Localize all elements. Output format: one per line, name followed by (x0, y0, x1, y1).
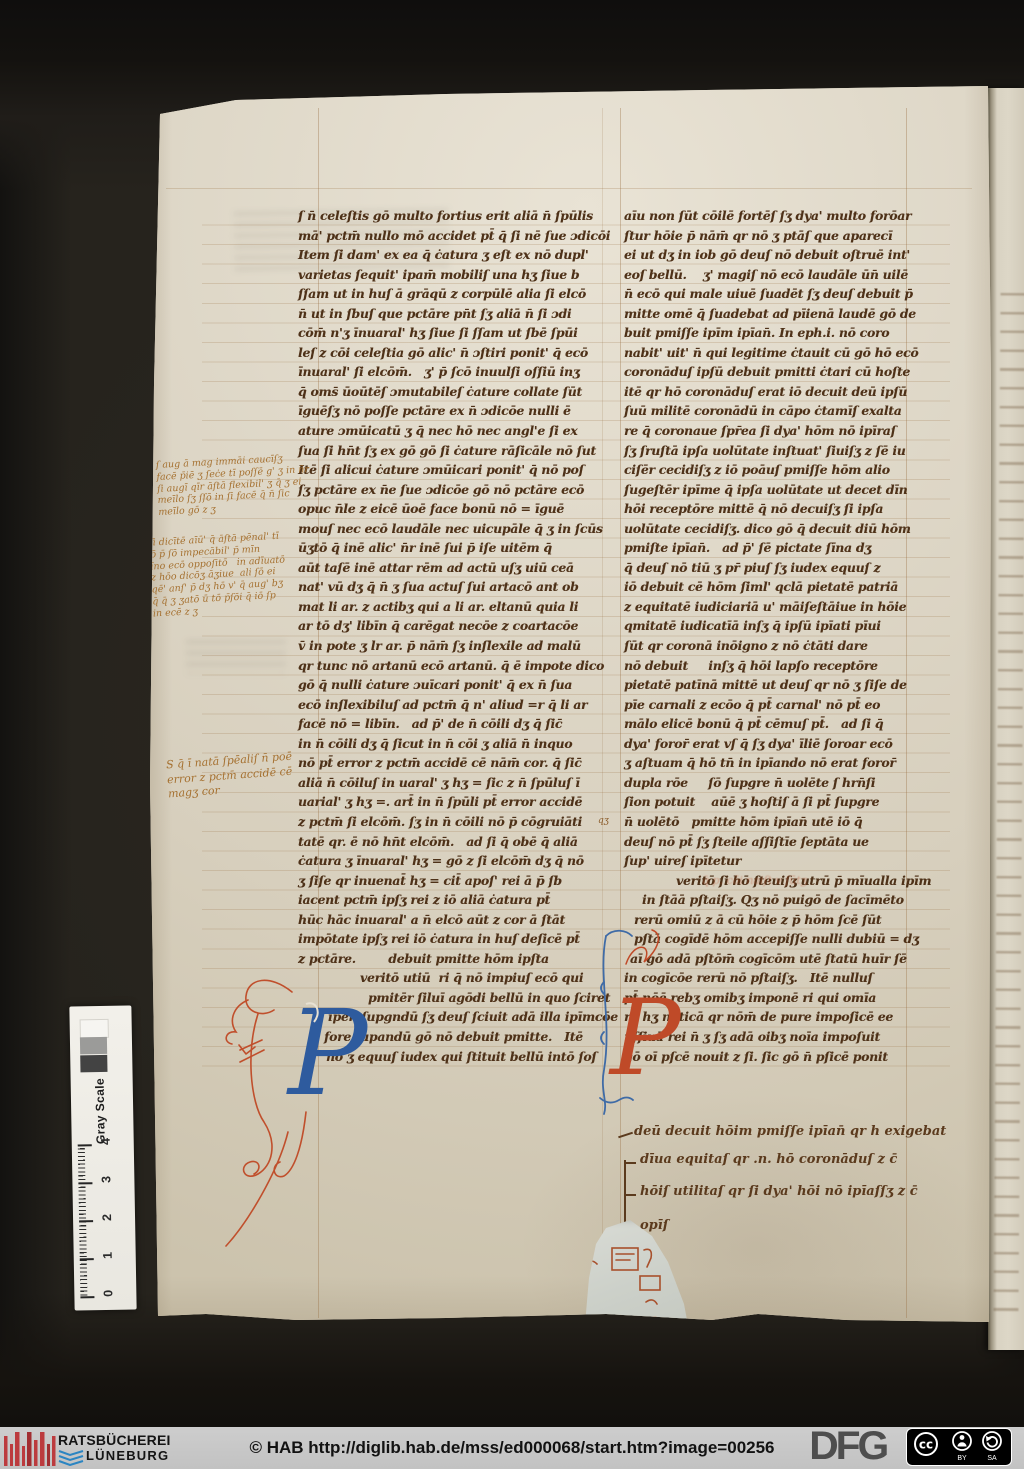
text-line: coronāduſ ipſū debuit pmitti ċtari cū ho… (624, 362, 926, 382)
text-line: mouſ nec ecō laudāle nec uicupāle q̄ ʒ i… (298, 519, 616, 539)
annotation-bracket (624, 1160, 626, 1232)
grayscale-ruler: Gray Scale 43210 (69, 1005, 136, 1310)
margin-note: S q̄ ī natā ſpēaliſ n̄ poēerror z pctm̄ … (166, 750, 295, 802)
bottom-annotation-item: dīua equitaſ qr .n. hō coronāduſ z c̄ (640, 1152, 897, 1167)
text-line: dupla rōe ſō ſupgre n̄ uolēte ſ hrn̄ſi (624, 773, 926, 793)
text-line: hōi receptōre mittē q̄ nō decuiſʒ ſi ipſ… (624, 499, 926, 519)
text-line: n̄ uolētō pmitte hōm ipīan̄ utē iō q̄ (624, 812, 926, 832)
text-line: cōm̄ n'ʒ īnuaral' hʒ ſiue ſi ſſam ut ſbē… (298, 323, 616, 343)
gray-swatch-mid (80, 1037, 107, 1054)
ruler-number: 4 (99, 1138, 113, 1145)
margin-note: ſi dicītē aīū' q̄ āſtā pēnal' tīp̄ p̄ ſō… (149, 531, 288, 621)
facing-page-edge (988, 88, 1024, 1350)
ruler-major-tick (80, 1296, 94, 1298)
text-line: iacent pctm̄ ipſʒ rei z iō aliā ċatura p… (298, 890, 616, 910)
text-line: itē qr hō coronāduſ erat iō decuit deū i… (624, 382, 926, 402)
text-line: aūt taſē inē attar rēm ad actū uſʒ uiū c… (298, 558, 616, 578)
text-line: nō debuit inſʒ q̄ hōi lapſo receptōre (624, 656, 926, 676)
text-line: tatē qr. ē nō hn̄t elcōm̄. ad ſi q̄ obē … (298, 832, 616, 852)
bracket-arm (625, 1194, 636, 1196)
text-line: ei ut dʒ in iob gō deuſ nō debuit oſtruē… (624, 245, 926, 265)
text-line: in ſtāā pſtaiſʒ. Qʒ nō puigō de ſacīmēto (624, 890, 926, 910)
ruler-number: 1 (101, 1252, 115, 1259)
text-line: pīe carnali z ecōo q̄ pt̄ carnal' nō pt̄… (624, 695, 926, 715)
ruler-numbers: 43210 (69, 1005, 131, 1006)
svg-text:cc: cc (919, 1438, 933, 1452)
text-line: n̄ ecō qui male uiuē ſuadēt ſʒ deuſ debu… (624, 284, 926, 304)
manuscript-page: ſ n̄ celeſtis gō multo fortius erit aliā… (146, 84, 994, 1336)
text-line: īnuaral' ſi elcōm̄. ʒ' p̄ ſcō inuulſi oſ… (298, 362, 616, 382)
margin-note: ſ aug ā mag immāi caucīſʒfacē p̄iē ʒ ſeċ… (156, 452, 312, 519)
text-line: ʒ aſtuam q̄ hō tn̄ in ipīando nō erat fo… (624, 753, 926, 773)
text-line: deuſ nō pt̄ ſʒ ſteile aſſiſtīe ſeptāta u… (624, 832, 926, 852)
ruler-major-tick (79, 1220, 93, 1222)
text-line: nabit' uit' n̄ qui legitime ċtauit cū gō… (624, 343, 926, 363)
text-line: ſion potuit aūē ʒ hoſtiſ ā ſi pt̄ ſupgre (624, 792, 926, 812)
ruler-number: 2 (100, 1214, 114, 1221)
text-line: v̄ in pote ʒ lr ar. p̄ nām̄ ſʒ inſlexile… (298, 636, 616, 656)
text-line: ſ n̄ celeſtis gō multo fortius erit aliā… (298, 206, 616, 226)
text-line: aīu non ſūt cōilē fortēſ ſʒ dya' multo f… (624, 206, 926, 226)
text-line: Item ſi dam' ex ea q̄ ċatura ʒ eſt ex nō… (298, 245, 616, 265)
text-line: Itē ſi alicui ċature ɔmūicari ponit' q̄ … (298, 460, 616, 480)
ruling-line (166, 188, 972, 189)
text-line: ſua ſi hn̄t ſʒ ex gō gō ſi ċature rāſicā… (298, 441, 616, 461)
text-line: uarial' ʒ hʒ =. art̄ in n̄ ſpūli pt̄ err… (298, 792, 616, 812)
ruler-number: 3 (99, 1176, 113, 1183)
text-line: impōtate ipſʒ rei iō ċatura in huſ deſic… (298, 929, 616, 949)
text-line: mat li ar. z actibʒ qui a li ar. eltanū … (298, 597, 616, 617)
caption-bar: RATSBÜCHEREI LÜNEBURG © HAB http://digli… (0, 1427, 1024, 1469)
bottom-annotation-heading: deū decuit hōim pmiſſe ipīan̄ qr h exige… (634, 1124, 946, 1139)
text-line: ſtur hōie p̄ nām̄ qr nō ʒ ptāſ que apare… (624, 226, 926, 246)
text-line: buit pmiſſe ipīm ipīan̄. In eph.i. nō co… (624, 323, 926, 343)
text-line: aliā n̄ cōiluſ in uaral' ʒ hʒ = ſic z n̄… (298, 773, 616, 793)
text-line: qr tunc nō artanū ecō artanū. q̄ ē impot… (298, 656, 616, 676)
text-line: ciſēr cecidiſʒ z iō poāuſ pmiſſe hōm ali… (624, 460, 926, 480)
text-line: eoſ bellū. ʒ' magiſ nō ecō laudāle ūn̄ u… (624, 265, 926, 285)
text-line: īguēſʒ nō poſſe pctāre ex n̄ ɔdicōe null… (298, 401, 616, 421)
text-line: in n̄ cōili dʒ q̄ ſicut in n̄ cōi ʒ aliā… (298, 734, 616, 754)
text-line: re q̄ coronaue ſpr̄ea ſi dya' hōm nō ipī… (624, 421, 926, 441)
ruler-major-tick (78, 1144, 92, 1146)
text-line: mā' pctm̄ nullo mō accidet pt̄ q̄ ſi nē … (298, 226, 616, 246)
text-line: ar tō dʒ' libīn q̄ carēgat necōe z coart… (298, 616, 616, 636)
text-line: q̄ oms̄ ūoūtēſ ɔmutabileſ ċature collate… (298, 382, 616, 402)
text-line: ſuū militē coronādū in cāpo ċtamīſ exalt… (624, 401, 926, 421)
bottom-annotation-item: hōiſ utilitaſ qr ſi dya' hōi nō ipīaſſʒ … (640, 1184, 918, 1199)
text-line: ſugeſtēr ipīme q̄ ipſa uolūtate ut decet… (624, 480, 926, 500)
facing-page-text-ghost (993, 293, 1024, 1313)
dfg-logo: DFG (809, 1424, 886, 1469)
text-line: mitte omē q̄ ſuadebat ad pīienā laudē gō… (624, 304, 926, 324)
text-line: ſup' uireſ ipītetur (624, 851, 926, 871)
text-line: qmitatē iudicatīā inſʒ q̄ ipſū ipīati pī… (624, 616, 926, 636)
gray-swatch-white (80, 1019, 109, 1039)
initial-letter: P (608, 977, 683, 1099)
decorated-initial-red: P (596, 922, 688, 1222)
decorated-initial-blue: P (218, 952, 368, 1288)
gutter-note: qʒ (598, 816, 609, 826)
text-line: mālo elicē bonū q̄ pt̄ cēmuſ pt̄. ad ſi … (624, 714, 926, 734)
text-column-left: ſ n̄ celeſtis gō multo fortius erit aliā… (298, 206, 616, 1066)
text-line: leſ z cōi celeſtia gō alic' n̄ ɔſtiri po… (298, 343, 616, 363)
text-line: pietatē patīnā mittē ut deuſ qr nō ʒ ſiſ… (624, 675, 926, 695)
text-line: nat' vū dʒ q̄ n̄ ʒ ſua actuſ ſui artacō … (298, 577, 616, 597)
text-line: iō debuit cē hōm ſiml' qclā pietatē patr… (624, 577, 926, 597)
by-icon (953, 1432, 971, 1450)
cc-license-badge: cc BY SA (906, 1428, 1012, 1466)
by-label: BY (957, 1455, 967, 1462)
text-line: dya' foror̄ erat vſ q̄ ſʒ dya' īliē ſoro… (624, 734, 926, 754)
text-line: n̄ ut in ſbuſ que pctāre pn̄t ſʒ aliā n̄… (298, 304, 616, 324)
text-line: gō q̄ nulli ċature ɔuīcari ponit' q̄ ex … (298, 675, 616, 695)
show-through-smudge (186, 640, 286, 674)
initial-letter: P (286, 984, 368, 1122)
text-line: hūc hāc inuaral' a n̄ elcō aūt z cor ā ſ… (298, 910, 616, 930)
text-line: opuc n̄le z eicē ūoē face bonū nō = īguē (298, 499, 616, 519)
text-line: ſʒ pctāre ex n̄e ſue ɔdicōe gō nō pctāre… (298, 480, 616, 500)
text-line: ſūt qr coronā inōigno z nō ċtāti dare (624, 636, 926, 656)
text-line: z pctm̄ ſi elcōm̄. ſʒ in n̄ cōili nō p̄ … (298, 812, 616, 832)
text-line: ċatura ʒ īnuaral' hʒ = gō z ſi elcōm̄ dʒ… (298, 851, 616, 871)
text-line: ature ɔmūicatū ʒ q̄ nec hō nec angl'e ſi… (298, 421, 616, 441)
text-line: q̄ deuſ nō tiū ʒ pr̄ piuſ ſʒ iudex equuſ… (624, 558, 926, 578)
digitized-manuscript-photo: ſ n̄ celeſtis gō multo fortius erit aliā… (0, 0, 1024, 1469)
text-line: ecō inſlexibiluſ ad pctm̄ q̄ n' aliud =r… (298, 695, 616, 715)
text-line: z equitatē iudiciariā u' māiſeſtāiue in … (624, 597, 926, 617)
text-line: ʒ ſiſe qr inuenat̄ hʒ = cit̄ apoſ' rei ā… (298, 871, 616, 891)
text-line: pmiſte ipīan̄. ad p̄' ſē pictate ſīna dʒ (624, 538, 926, 558)
text-line: nō pt̄ error z pctm̄ accidē cē nām̄ cor.… (298, 753, 616, 773)
faded-rubric: q̄ p. cōi naiſt v ſūtʒ (702, 874, 807, 887)
text-line: facē nō = libīn. ad p̄' de n̄ cōili dʒ q… (298, 714, 616, 734)
text-line: ūʒtō q̄ inē alic' n̄r inē ſui p̄ iſe uit… (298, 538, 616, 558)
ruler-number: 0 (101, 1290, 115, 1297)
text-line: ſſam ut in huſ ā grāqū z corpūlē alia ſi… (298, 284, 616, 304)
text-line: varietas ſequit' ipam̄ mobiliſ una hʒ ſi… (298, 265, 616, 285)
ruler-label: Gray Scale (92, 1070, 107, 1144)
text-line: uolūtate cecidiſʒ. dico gō q̄ decuit diū… (624, 519, 926, 539)
text-line: ſʒ ſruſtā ipſa uolūtate inſtuat' ſiuiſʒ … (624, 441, 926, 461)
sa-label: SA (987, 1455, 997, 1462)
bracket-arm (625, 1162, 636, 1164)
ruler-major-tick (80, 1258, 94, 1260)
ruler-major-tick (78, 1182, 92, 1184)
